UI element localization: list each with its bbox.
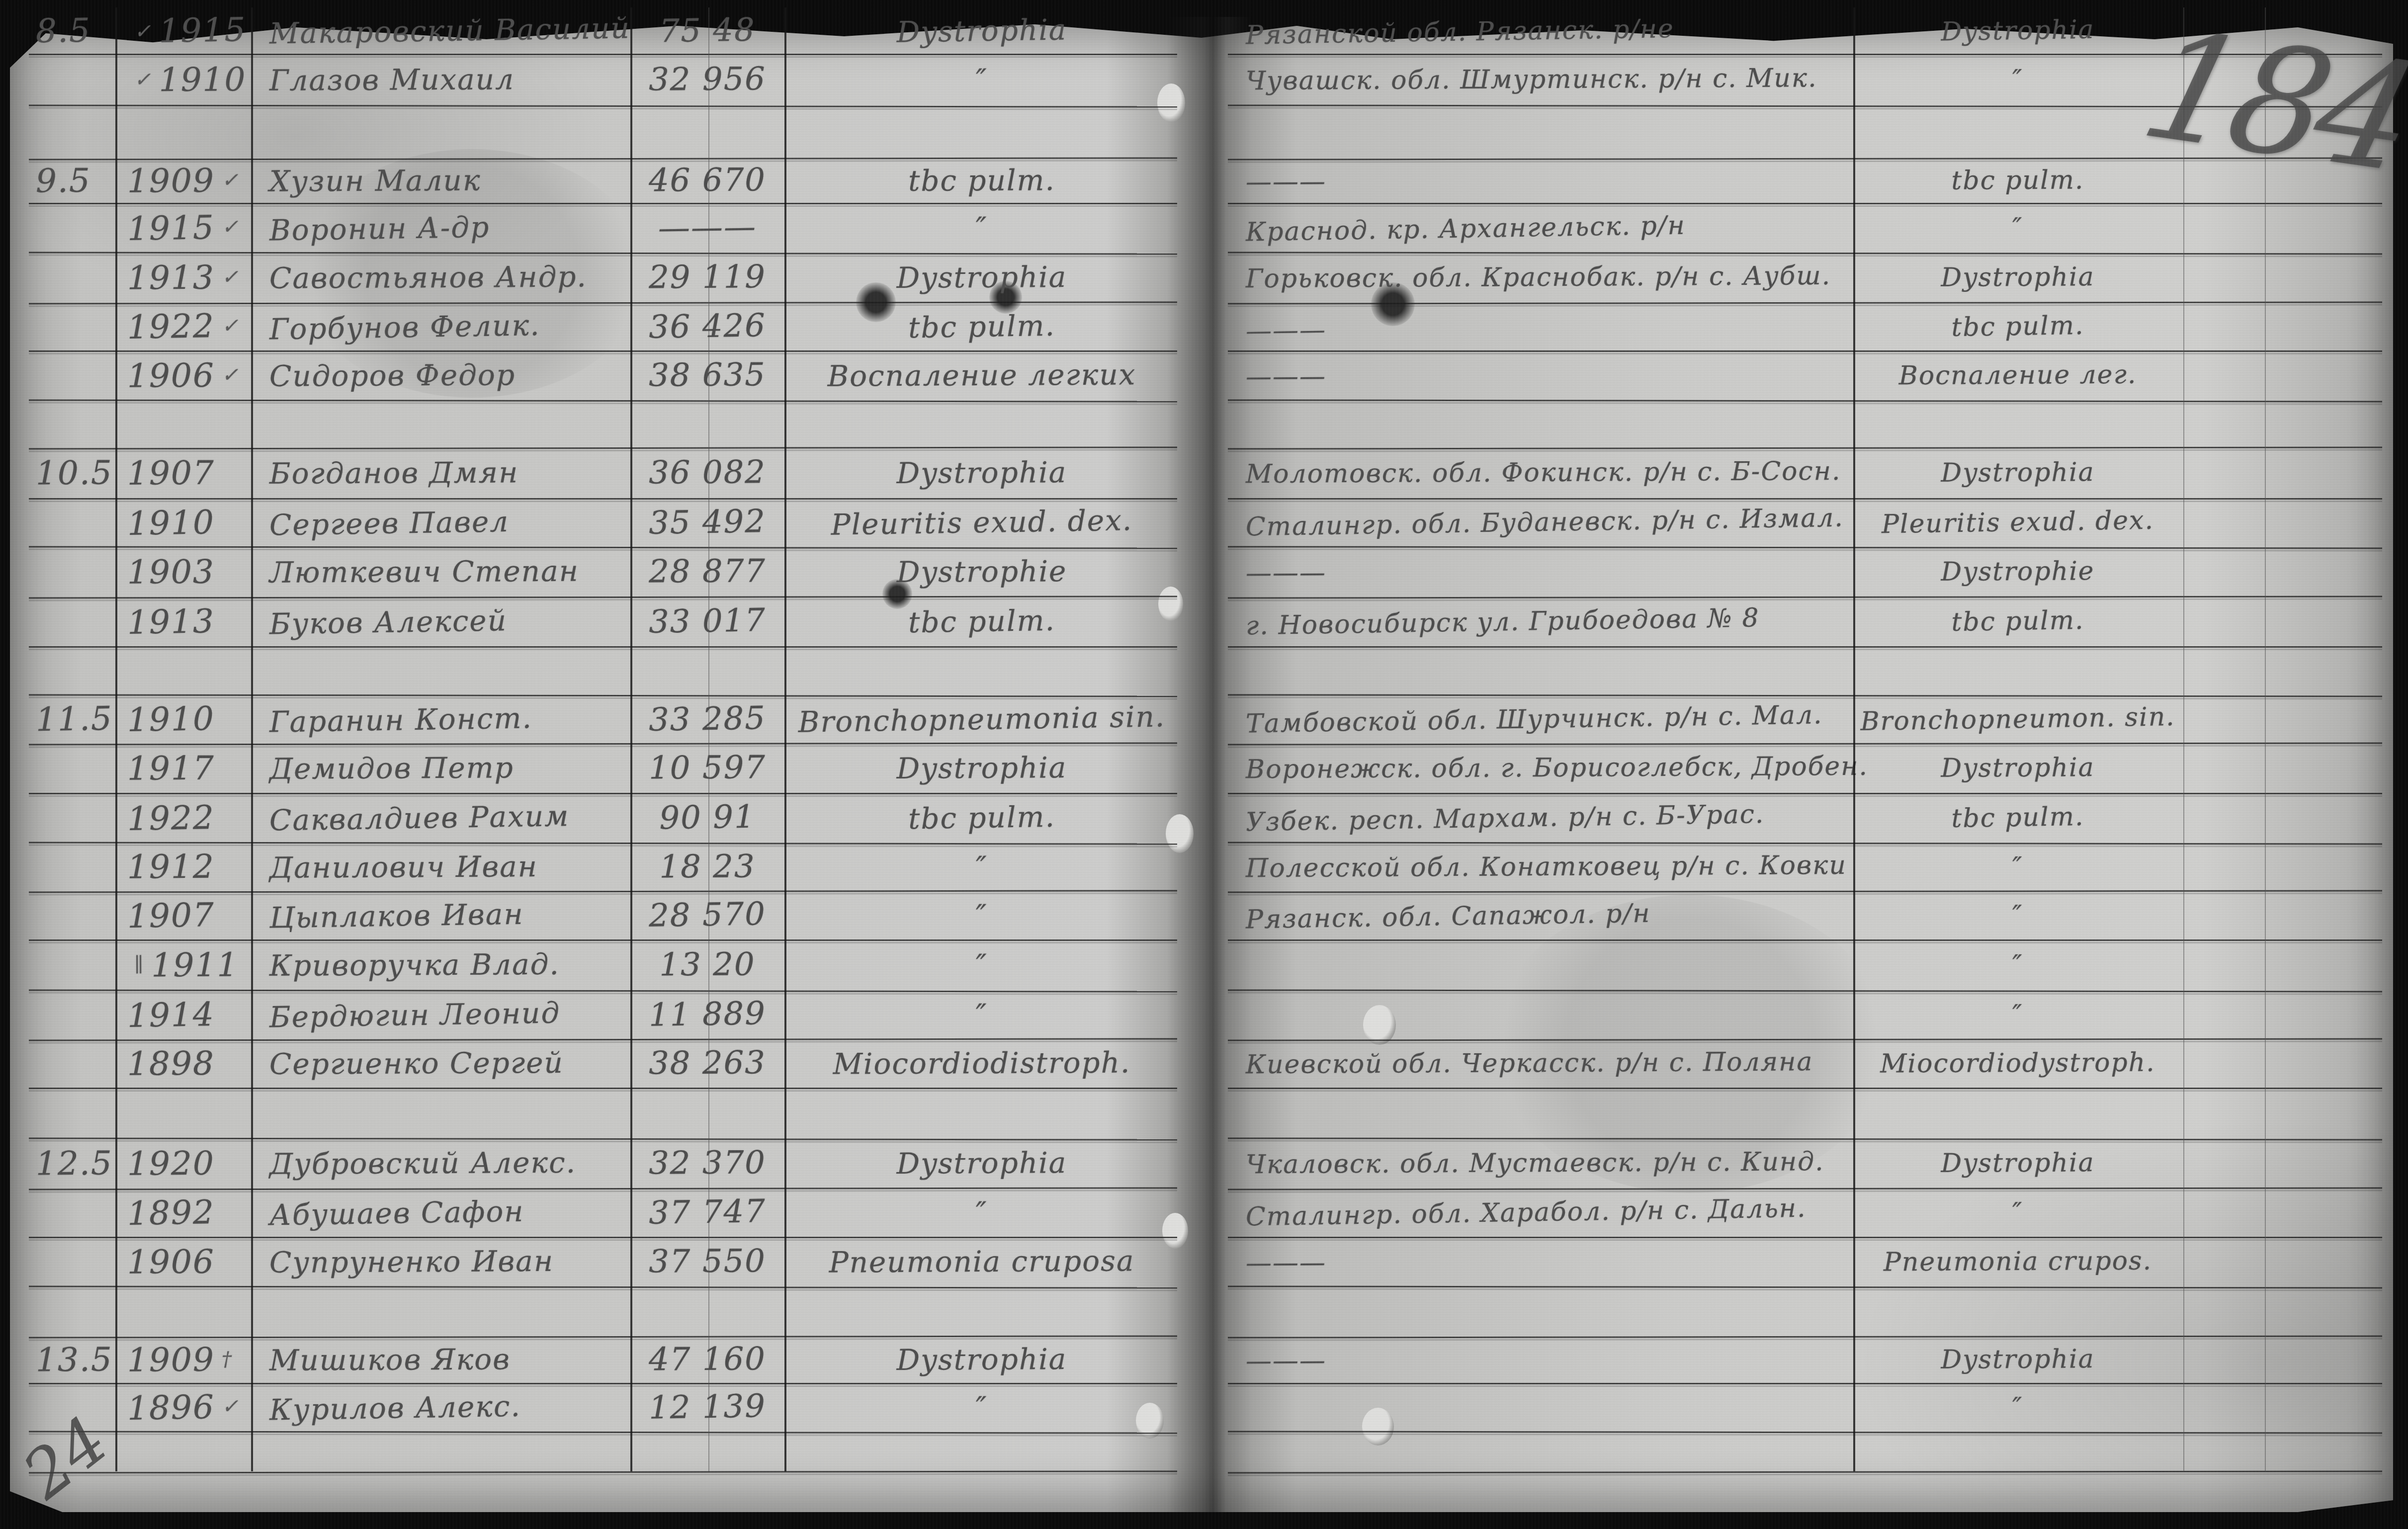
name-text: Саквалдиев Рахим — [269, 799, 570, 837]
name-cell: Глазов Михаил — [262, 53, 630, 106]
row-rule-line — [29, 793, 1177, 794]
date-cell: 11.5 — [28, 694, 120, 744]
diag-cell: ″ — [792, 1185, 1171, 1240]
diag-text: Dystrophie — [897, 554, 1067, 589]
addr-cell: Полесской обл. Конатковец р/н с. Ковки — [1239, 841, 1852, 892]
num-text: 38 635 — [649, 356, 766, 394]
addr-text: Сталингр. обл. Харабол. р/н с. Дальн. — [1246, 1193, 1806, 1232]
year-cell: 1913✓ — [120, 252, 255, 302]
diag-text: ″ — [976, 898, 988, 932]
year-cell: 1907 — [120, 890, 255, 940]
year-cell: 1920 — [120, 1138, 255, 1188]
num-cell: 75 48 — [634, 6, 780, 55]
addr-text: г. Новосибирск ул. Грибоедова № 8 — [1246, 603, 1760, 641]
row-rule-line — [1228, 1237, 2382, 1238]
year-text: 1920 — [127, 1144, 215, 1183]
addr-text: Киевской обл. Черкасск. р/н с. Поляна — [1246, 1047, 1813, 1080]
num-cell: 36 082 — [634, 447, 781, 499]
diag2-cell: Dystrophia — [1860, 5, 2175, 56]
addr-cell: ——— — [1239, 545, 1853, 598]
addr-cell: г. Новосибирск ул. Грибоедова № 8 — [1238, 592, 1852, 651]
date-cell: 10.5 — [29, 447, 120, 499]
name-cell: Демидов Петр — [262, 742, 630, 794]
year-cell: 1922 — [120, 792, 255, 844]
num-cell: ——— — [634, 202, 781, 254]
date-cell: 8.5 — [28, 7, 119, 55]
num-text: 37 550 — [649, 1243, 766, 1280]
name-cell: Мишиков Яков — [262, 1335, 629, 1384]
date-text: 8.5 — [35, 11, 91, 50]
name-text: Буков Алексей — [269, 603, 508, 641]
diag2-text: tbc pulm. — [1951, 605, 2084, 637]
check-mark: ∥ — [134, 953, 145, 976]
diag-text: Pneumonia cruposa — [829, 1244, 1134, 1279]
name-text: Демидов Петр — [269, 751, 514, 786]
name-text: Криворучка Влад. — [269, 947, 560, 983]
name-cell: Бердюгин Леонид — [262, 987, 629, 1042]
num-text: 37 747 — [648, 1193, 766, 1232]
diag2-cell: Bronchopneumon. sin. — [1860, 692, 2175, 746]
addr-cell: Рязанской обл. Рязанск. р/не — [1238, 2, 1852, 58]
diag-text: Bronchopneumonia sin. — [798, 699, 1165, 739]
column-divider — [2265, 7, 2266, 1471]
diag-text: Воспаление легких — [827, 357, 1136, 393]
addr-text: Молотовск. обл. Фокинск. р/н с. Б-Сосн. — [1246, 456, 1841, 489]
addr-text: Сталингр. обл. Буданевск. р/н с. Измал. — [1246, 503, 1844, 542]
year-cell: 1903 — [120, 546, 255, 596]
num-text: 32 956 — [649, 61, 766, 98]
num-text: ——— — [658, 208, 757, 247]
num-cell: 37 747 — [634, 1187, 781, 1238]
diag2-cell: tbc pulm. — [1860, 594, 2175, 649]
num-cell: 33 017 — [634, 595, 781, 648]
year-text: 1909 — [127, 161, 215, 200]
diag-cell: tbc pulm. — [792, 594, 1171, 649]
diag2-cell: tbc pulm. — [1860, 300, 2175, 353]
num-text: 33 017 — [648, 602, 766, 641]
name-cell: Сергеев Павел — [262, 495, 629, 550]
diag-cell: ″ — [792, 842, 1171, 892]
diag-cell: tbc pulm. — [792, 299, 1171, 353]
num-cell: 38 635 — [634, 350, 781, 401]
num-cell: 46 670 — [634, 158, 780, 203]
num-text: 33 285 — [648, 700, 766, 739]
column-divider — [251, 7, 253, 1471]
row-rule-line — [29, 939, 1177, 941]
diag2-text: ″ — [2012, 851, 2023, 881]
num-text: 38 263 — [649, 1044, 766, 1082]
year-text: 1907 — [127, 896, 215, 935]
year-cell: 1896✓ — [120, 1382, 255, 1433]
year-text: 1915 — [159, 10, 247, 50]
diag-cell: Dystrophia — [792, 1137, 1172, 1189]
diag-cell: Pneumonia cruposa — [792, 1236, 1172, 1287]
name-cell: Сергиенко Сергей — [262, 1038, 630, 1089]
column-divider — [115, 7, 117, 1471]
name-cell: Криворучка Влад. — [262, 938, 630, 991]
name-text: Савостьянов Андр. — [269, 260, 587, 295]
year-text: 1911 — [151, 945, 239, 984]
addr-cell: Чувашск. обл. Шмуртинск. р/н с. Мик. — [1239, 52, 1853, 107]
diag2-cell: ″ — [1860, 1380, 2175, 1434]
diag2-text: Dystrophia — [1941, 1148, 2095, 1179]
row-rule-line — [29, 1088, 1177, 1089]
name-text: Абушаев Сафон — [269, 1194, 525, 1232]
name-cell: Гаранин Конст. — [262, 692, 629, 746]
row-rule-line — [29, 646, 1177, 648]
diag-text: Dystrophia — [897, 260, 1067, 295]
addr-cell: ——— — [1239, 1235, 1853, 1288]
diag-cell: Bronchopneumonia sin. — [792, 692, 1171, 746]
name-cell: Данилович Иван — [262, 842, 629, 892]
num-text: 18 23 — [659, 848, 756, 885]
name-cell: Курилов Алекс. — [262, 1380, 629, 1435]
name-cell: Супруненко Иван — [262, 1236, 630, 1287]
diag2-text: Dystrophie — [1941, 556, 2094, 587]
date-text: 13.5 — [36, 1340, 113, 1379]
name-cell: Люткевич Степан — [262, 546, 630, 597]
check-mark: ✓ — [222, 215, 240, 239]
check-mark: † — [222, 1348, 233, 1371]
diag2-cell: ″ — [1860, 938, 2176, 991]
column-divider — [784, 7, 786, 1471]
num-text: 46 670 — [649, 162, 766, 199]
year-text: 1910 — [127, 699, 215, 739]
name-cell: Цыплаков Иван — [262, 888, 629, 942]
diag2-text: Dystrophia — [1941, 262, 2095, 293]
diag2-text: tbc pulm. — [1951, 310, 2084, 342]
addr-cell: ——— — [1238, 297, 1852, 355]
diag2-cell: Dystrophia — [1860, 1335, 2175, 1383]
year-text: 1914 — [127, 995, 215, 1035]
name-text: Хузин Малик — [269, 164, 481, 198]
diag-text: tbc pulm. — [908, 163, 1055, 198]
name-text: Макаровский Василий — [269, 11, 631, 50]
num-cell: 32 370 — [634, 1138, 781, 1189]
year-cell: 1910 — [120, 497, 255, 548]
diag-text: ″ — [976, 1195, 988, 1229]
diag2-text: Pneumonia crupos. — [1884, 1246, 2152, 1277]
num-cell: 12 139 — [634, 1382, 781, 1433]
diag2-cell: ″ — [1860, 200, 2175, 255]
year-cell: 1898 — [120, 1038, 255, 1088]
addr-text: Чкаловск. обл. Мустаевск. р/н с. Кинд. — [1246, 1147, 1824, 1180]
num-text: 35 492 — [648, 503, 766, 542]
diag-cell: Dystrophia — [792, 742, 1172, 794]
num-text: 13 20 — [659, 946, 756, 983]
paper-hole — [1363, 1005, 1396, 1045]
num-cell: 28 570 — [634, 890, 781, 941]
diag2-cell: Pneumonia crupos. — [1860, 1236, 2176, 1287]
num-cell: 36 426 — [634, 301, 780, 352]
addr-cell: Сталингр. обл. Харабол. р/н с. Дальн. — [1238, 1183, 1852, 1241]
addr-cell: Воронежск. обл. г. Борисоглебск, Дробен. — [1239, 742, 1853, 794]
diag-text: Dystrophia — [896, 12, 1067, 49]
diag-cell: ″ — [792, 1380, 1171, 1435]
diag2-cell: Dystrophie — [1860, 546, 2176, 597]
row-rule-line — [1228, 203, 2382, 204]
year-text: 1906 — [127, 356, 215, 395]
diag-text: tbc pulm. — [908, 603, 1056, 640]
name-text: Курилов Алекс. — [269, 1389, 521, 1427]
name-text: Дубровский Алекс. — [269, 1146, 576, 1181]
year-cell: 1909✓ — [120, 158, 255, 203]
addr-text: Воронежск. обл. г. Борисоглебск, Дробен. — [1246, 752, 1868, 785]
addr-text: Узбек. респ. Мархам. р/н с. Б-Урас. — [1246, 799, 1765, 837]
name-text: Воронин А-др — [269, 210, 490, 248]
diag-cell: ″ — [792, 53, 1172, 106]
diag-text: tbc pulm. — [908, 800, 1056, 836]
date-text: 11.5 — [35, 699, 113, 739]
diag2-text: Pleuritis exud. dex. — [1882, 506, 2154, 540]
addr-cell: Рязанск. обл. Сапажол. р/н — [1238, 886, 1852, 944]
addr-cell: ——— — [1239, 349, 1853, 402]
diag2-cell: ″ — [1860, 888, 2175, 942]
name-cell: Абушаев Сафон — [262, 1185, 629, 1240]
paper-hole — [1362, 1408, 1394, 1445]
name-text: Цыплаков Иван — [269, 897, 524, 935]
num-text: 12 139 — [648, 1388, 766, 1427]
check-mark: ✓ — [222, 1395, 240, 1418]
num-text: 36 426 — [648, 307, 766, 346]
diag2-cell: Dystrophia — [1860, 742, 2176, 793]
diag-text: Dystrophia — [897, 751, 1067, 785]
row-rule-line — [29, 350, 1177, 352]
addr-cell: ——— — [1239, 157, 1852, 204]
diag-cell: ″ — [792, 200, 1171, 255]
addr-text: Горьковск. обл. Краснобак. р/н с. Аубш. — [1246, 261, 1831, 294]
num-text: 75 48 — [659, 11, 756, 50]
row-rule-line — [29, 54, 1177, 55]
year-cell: ✓1910 — [120, 53, 255, 105]
diag-cell: ″ — [792, 938, 1172, 991]
diag2-text: Dystrophia — [1941, 457, 2095, 488]
num-text: 10 597 — [649, 749, 766, 786]
num-text: 29 119 — [649, 258, 766, 296]
name-text: Сергеев Павел — [269, 505, 510, 542]
num-text: 28 570 — [648, 896, 766, 934]
diag2-cell: ″ — [1860, 988, 2175, 1041]
num-cell: 90 91 — [634, 792, 781, 844]
diag-text: ″ — [976, 63, 988, 96]
diag2-text: Bronchopneumon. sin. — [1860, 702, 2175, 737]
diag2-text: tbc pulm. — [1951, 802, 2084, 834]
diag-cell: Miocordiodistroph. — [792, 1038, 1172, 1089]
diag2-cell: ″ — [1860, 1186, 2175, 1239]
diag-cell: Dystrophie — [792, 546, 1172, 597]
row-rule-line — [1228, 498, 2382, 500]
diag2-cell: Pleuritis exud. dex. — [1860, 496, 2175, 549]
name-cell: Дубровский Алекс. — [262, 1137, 630, 1189]
addr-text: ——— — [1246, 1248, 1326, 1278]
row-rule-line — [1228, 1383, 2382, 1384]
num-cell: 32 956 — [634, 53, 781, 106]
check-mark: ✓ — [134, 20, 152, 43]
year-cell: 1912 — [120, 842, 255, 891]
column-divider — [630, 7, 632, 1471]
diag-text: ″ — [976, 211, 988, 245]
year-text: 1892 — [127, 1193, 215, 1233]
diag2-cell: Dystrophia — [1860, 252, 2176, 303]
addr-cell: Горьковск. обл. Краснобак. р/н с. Аубш. — [1239, 251, 1853, 304]
date-cell: 12.5 — [29, 1138, 120, 1189]
year-text: 1910 — [159, 60, 246, 99]
row-rule-line — [29, 1237, 1177, 1238]
diag-cell: Dystrophia — [792, 252, 1172, 303]
diag2-text: tbc pulm. — [1951, 165, 2084, 195]
diag-text: Dystrophia — [897, 1342, 1067, 1377]
diag-cell: Dystrophia — [792, 1335, 1171, 1384]
check-mark: ✓ — [222, 265, 240, 288]
addr-text: Чувашск. обл. Шмуртинск. р/н с. Мик. — [1246, 63, 1817, 96]
date-cell: 13.5 — [29, 1336, 119, 1383]
column-divider — [708, 7, 709, 1471]
name-cell: Сидоров Федор — [262, 349, 630, 401]
diag2-text: Dystrophia — [1941, 14, 2095, 47]
year-cell: 1906✓ — [120, 350, 255, 400]
diag-text: Miocordiodistroph. — [833, 1045, 1130, 1081]
year-cell: ∥1911 — [120, 939, 255, 990]
addr-cell: Сталингр. обл. Буданевск. р/н с. Измал. — [1238, 493, 1852, 551]
diag2-text: ″ — [2012, 1000, 2023, 1029]
num-cell: 11 889 — [634, 989, 781, 1040]
year-text: 1912 — [127, 848, 215, 886]
num-cell: 33 285 — [634, 694, 780, 745]
diag-text: Pleuritis exud. dex. — [831, 503, 1133, 542]
diag2-cell: Воспаление лег. — [1860, 349, 2176, 401]
diag-cell: ″ — [792, 987, 1171, 1042]
addr-cell: Тамбовской обл. Шурчинск. р/н с. Мал. — [1238, 690, 1852, 748]
page-number-pencil: 184 — [2128, 0, 2408, 204]
num-cell: 10 597 — [634, 743, 781, 793]
name-text: Люткевич Степан — [269, 554, 579, 590]
check-mark: ✓ — [222, 169, 240, 191]
addr-cell: Узбек. респ. Мархам. р/н с. Б-Урас. — [1238, 788, 1852, 847]
addr-text: Рязанск. обл. Сапажол. р/н — [1246, 899, 1651, 935]
year-text: 1906 — [127, 1242, 215, 1281]
num-cell: 28 877 — [634, 546, 781, 597]
addr-text: Краснод. кр. Архангельск. р/н — [1246, 211, 1686, 248]
diag2-text: ″ — [2012, 1197, 2023, 1227]
name-cell: Савостьянов Андр. — [262, 252, 630, 303]
name-text: Мишиков Яков — [269, 1342, 511, 1377]
num-cell: 29 119 — [634, 252, 781, 303]
row-rule-line — [1228, 939, 2382, 941]
row-rule-line — [29, 498, 1177, 500]
name-text: Горбунов Фелик. — [269, 308, 541, 346]
diag2-text: ″ — [2012, 1392, 2023, 1422]
name-cell: Хузин Малик — [262, 157, 629, 204]
name-text: Богданов Дмян — [269, 455, 519, 491]
year-cell: 1892 — [120, 1187, 255, 1238]
num-cell: 18 23 — [634, 842, 781, 891]
diag2-cell: Dystrophia — [1860, 446, 2176, 499]
diag2-text: Воспаление лег. — [1898, 360, 2137, 391]
check-mark: ✓ — [222, 363, 240, 386]
diag2-text: ″ — [2012, 950, 2023, 980]
year-cell: 1915✓ — [120, 202, 255, 254]
column-divider — [2183, 7, 2184, 1471]
name-cell: Буков Алексей — [262, 594, 629, 649]
row-rule-line — [1228, 350, 2382, 352]
diag-cell: tbc pulm. — [792, 157, 1171, 204]
check-mark: ✓ — [222, 314, 240, 338]
row-rule-line — [29, 203, 1177, 204]
diag-text: ″ — [976, 998, 988, 1031]
addr-cell: Молотовск. обл. Фокинск. р/н с. Б-Сосн. — [1239, 446, 1853, 500]
num-text: 28 877 — [649, 553, 766, 590]
year-text: 1909 — [127, 1340, 215, 1379]
num-text: 90 91 — [659, 798, 756, 837]
num-cell: 13 20 — [634, 939, 781, 991]
diag2-cell: Dystrophia — [1860, 1137, 2176, 1189]
diag2-text: ″ — [2012, 900, 2023, 930]
year-cell: 1909† — [120, 1336, 255, 1383]
diag-cell: Воспаление легких — [792, 349, 1172, 401]
diag2-text: ″ — [2012, 213, 2023, 243]
name-text: Глазов Михаил — [269, 62, 515, 97]
year-cell: 1922✓ — [120, 301, 255, 351]
diag-cell: Pleuritis exud. dex. — [792, 495, 1171, 550]
year-cell: 1914 — [120, 989, 255, 1040]
year-cell: 1910 — [120, 694, 255, 744]
diag-text: ″ — [976, 948, 988, 982]
year-text: 1910 — [127, 503, 215, 543]
year-text: 1915 — [127, 208, 215, 248]
diag-text: ″ — [976, 1390, 988, 1424]
addr-text: ——— — [1246, 361, 1326, 392]
diag2-text: ″ — [2012, 65, 2023, 94]
diag-text: tbc pulm. — [908, 308, 1056, 344]
name-text: Бердюгин Леонид — [269, 996, 561, 1034]
diag-cell: ″ — [792, 888, 1171, 942]
name-cell: Воронин А-др — [262, 200, 629, 255]
num-cell: 47 160 — [634, 1336, 780, 1383]
addr-text: Полесской обл. Конатковец р/н с. Ковки — [1246, 850, 1847, 883]
row-rule-line — [29, 1383, 1177, 1384]
diag2-cell: ″ — [1860, 842, 2175, 891]
num-text: 32 370 — [649, 1144, 766, 1182]
diag-cell: tbc pulm. — [792, 790, 1171, 846]
name-text: Супруненко Иван — [269, 1244, 554, 1279]
year-text: 1896 — [127, 1388, 215, 1428]
diag-cell: Dystrophia — [792, 446, 1172, 499]
name-text: Сидоров Федор — [269, 358, 516, 393]
date-text: 9.5 — [36, 161, 91, 200]
date-text: 10.5 — [36, 453, 113, 492]
addr-text: ——— — [1246, 1346, 1326, 1376]
year-cell: ✓1915 — [120, 6, 255, 55]
year-cell: 1917 — [120, 743, 255, 793]
addr-cell: Киевской обл. Черкасск. р/н с. Поляна — [1239, 1037, 1852, 1089]
num-text: 11 889 — [648, 995, 766, 1034]
diag2-cell: ″ — [1860, 53, 2176, 106]
num-text: 47 160 — [649, 1341, 766, 1378]
year-cell: 1913 — [120, 595, 255, 647]
name-cell: Богданов Дмян — [262, 446, 630, 499]
year-text: 1913 — [127, 258, 215, 297]
addr-text: ——— — [1246, 558, 1326, 588]
column-divider — [1853, 7, 1855, 1471]
year-cell: 1906 — [120, 1236, 255, 1286]
num-cell: 37 550 — [634, 1236, 781, 1287]
addr-text: Тамбовской обл. Шурчинск. р/н с. Мал. — [1246, 700, 1823, 739]
name-text: Гаранин Конст. — [269, 701, 533, 739]
row-rule-line — [1228, 646, 2382, 648]
diag-text: ″ — [976, 849, 988, 883]
date-cell: 9.5 — [29, 158, 119, 203]
year-text: 1922 — [127, 307, 215, 346]
